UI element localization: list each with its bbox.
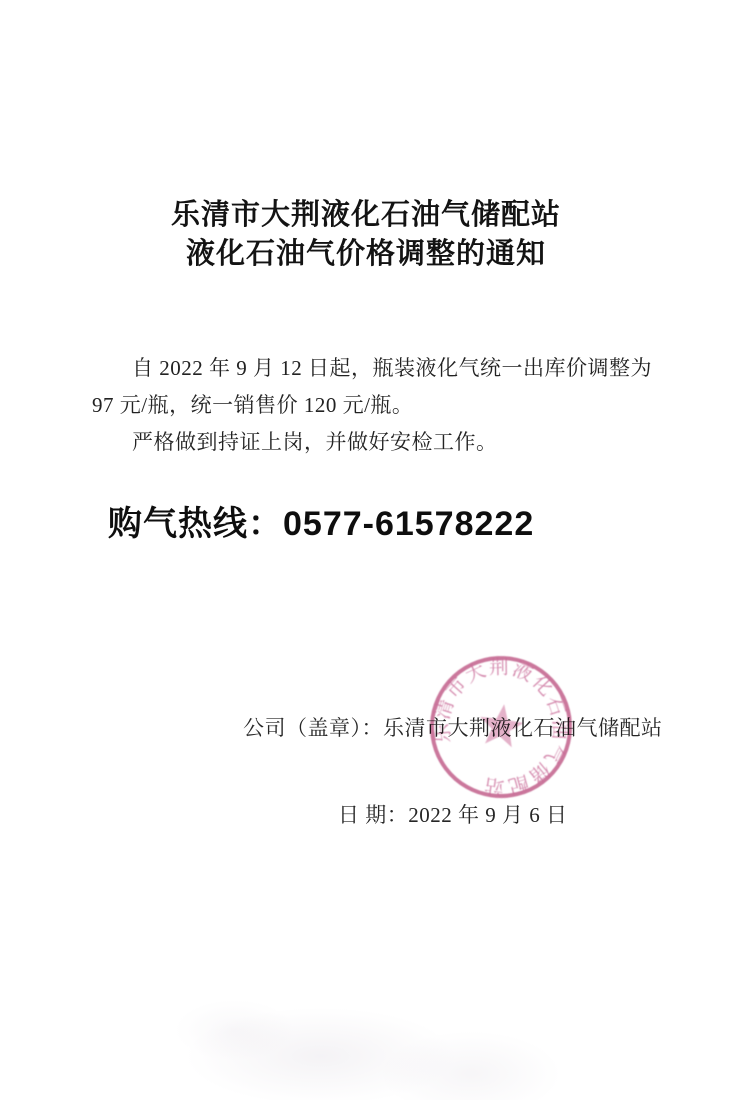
title-line-2: 液化石油气价格调整的通知 xyxy=(0,235,741,274)
body-line-3: 严格做到持证上岗，并做好安检工作。 xyxy=(92,424,667,461)
date-line: 日 期：2022 年 9 月 6 日 xyxy=(338,799,568,829)
title-line-1: 乐清市大荆液化石油气储配站 xyxy=(0,196,741,235)
notice-title: 乐清市大荆液化石油气储配站 液化石油气价格调整的通知 xyxy=(0,196,741,274)
notice-body: 自 2022 年 9 月 12 日起，瓶装液化气统一出库价调整为 97 元/瓶，… xyxy=(92,350,667,461)
body-line-1: 自 2022 年 9 月 12 日起，瓶装液化气统一出库价调整为 xyxy=(92,350,667,387)
body-line-2: 97 元/瓶，统一销售价 120 元/瓶。 xyxy=(92,387,667,424)
scanned-notice-page: 乐清市大荆液化石油气储配站 液化石油气价格调整的通知 自 2022 年 9 月 … xyxy=(0,0,750,1100)
purchase-hotline: 购气热线：0577-61578222 xyxy=(108,496,534,545)
company-signature-line: 公司（盖章）：乐清市大荆液化石油气储配站 xyxy=(243,712,663,742)
scan-smudge-artifact xyxy=(170,925,600,1100)
